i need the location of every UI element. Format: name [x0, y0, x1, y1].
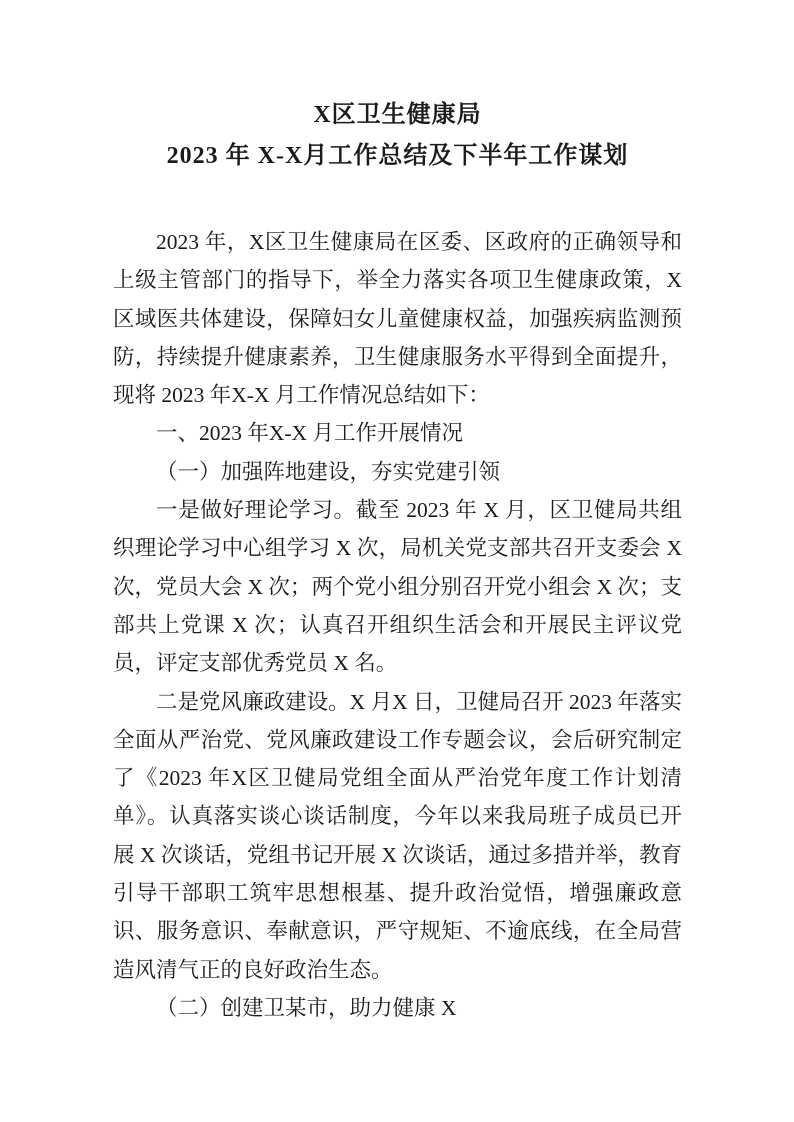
body-paragraph: 一是做好理论学习。截至 2023 年 X 月，区卫健局共组织理论学习中心组学习 …	[113, 491, 682, 682]
document-body: 2023 年，X区卫生健康局在区委、区政府的正确领导和上级主管部门的指导下，举全…	[113, 223, 682, 1027]
section-heading: （一）加强阵地建设，夯实党建引领	[113, 453, 682, 491]
section-heading: 一、2023 年X-X 月工作开展情况	[113, 414, 682, 452]
document-title-line2: 2023 年 X-X月工作总结及下半年工作谋划	[113, 136, 682, 177]
document-page: X区卫生健康局 2023 年 X-X月工作总结及下半年工作谋划 2023 年，X…	[0, 0, 794, 1122]
body-paragraph: 二是党风廉政建设。X 月X 日，卫健局召开 2023 年落实全面从严治党、党风廉…	[113, 683, 682, 989]
body-paragraph: 2023 年，X区卫生健康局在区委、区政府的正确领导和上级主管部门的指导下，举全…	[113, 223, 682, 414]
document-title-line1: X区卫生健康局	[113, 95, 682, 136]
section-heading: （二）创建卫某市，助力健康 X	[113, 989, 682, 1027]
